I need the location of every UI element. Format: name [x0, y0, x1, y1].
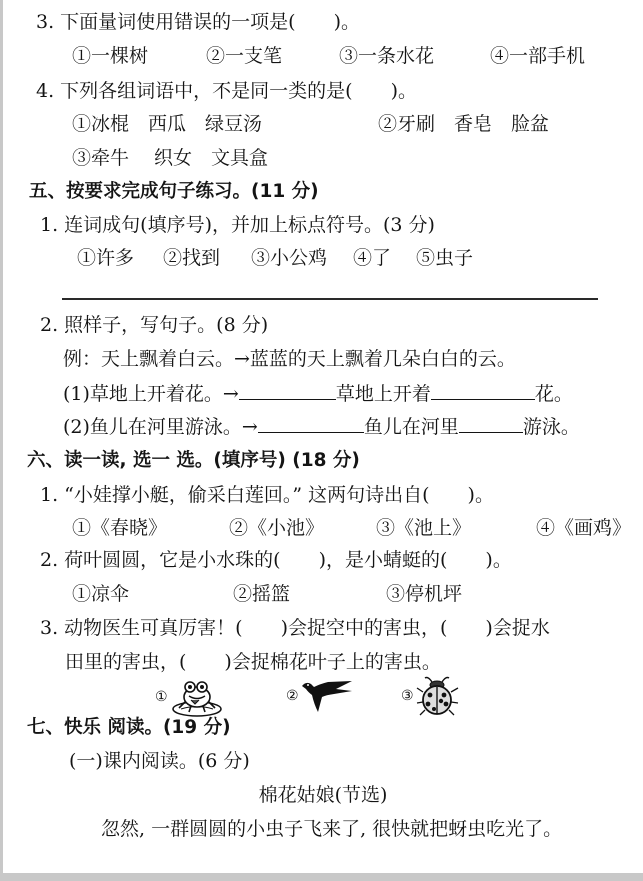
s6-q2-option-3: ③停机坪	[386, 582, 462, 606]
s6-question-3-line-2: 田里的害虫，( )会捉棉花叶子上的害虫。	[65, 650, 441, 674]
s5-item-2-blank-1[interactable]	[258, 414, 364, 433]
worksheet-page: 3. 下面量词使用错误的一项是( )。 ①一棵树 ②一支笔 ③一条水花 ④一部手…	[3, 0, 643, 873]
s6-question-3-line-1: 3. 动物医生可真厉害！( )会捉空中的害虫，( )会捉水	[40, 616, 550, 640]
ladybug-icon	[416, 676, 460, 718]
s5-item-2: (2)鱼儿在河里游泳。→鱼儿在河里游泳。	[63, 414, 580, 439]
s6-question-1-stem: 1. “小娃撑小艇，偷采白莲回。” 这两句诗出自( )。	[40, 483, 494, 507]
s7-part-1-heading: (一)课内阅读。(6 分)	[69, 749, 250, 773]
s5-word-5: ⑤虫子	[416, 246, 473, 270]
s6-q2-option-1: ①凉伞	[72, 582, 129, 606]
s5-item-2-prefix: (2)鱼儿在河里游泳。→	[63, 416, 258, 438]
q4-option-1: ①冰棍 西瓜 绿豆汤	[72, 112, 262, 136]
q3-option-4: ④一部手机	[490, 44, 585, 68]
passage-title: 棉花姑娘(节选)	[3, 783, 643, 807]
section-7-heading: 七、快乐 阅读。(19 分)	[27, 716, 231, 740]
s5-question-2-stem: 2. 照样子，写句子。(8 分)	[40, 313, 268, 337]
s6-q1-option-4: ④《画鸡》	[536, 516, 631, 540]
s5-item-1: (1)草地上开着花。→草地上开着花。	[63, 381, 573, 406]
q3-option-1: ①一棵树	[72, 44, 148, 68]
q3-option-3: ③一条水花	[339, 44, 434, 68]
s5-item-2-mid: 鱼儿在河里	[364, 416, 459, 438]
s5-word-4: ④了	[353, 246, 391, 270]
s6-question-2-stem: 2. 荷叶圆圆，它是小水珠的( )，是小蜻蜓的( )。	[40, 548, 512, 572]
picture-2-number: ②	[286, 688, 299, 704]
s5-word-2: ②找到	[163, 246, 220, 270]
s6-q1-option-1: ①《春晓》	[72, 516, 167, 540]
s5-item-1-prefix: (1)草地上开着花。→	[63, 383, 239, 405]
s5-item-1-blank-2[interactable]	[431, 381, 535, 400]
q3-option-2: ②一支笔	[206, 44, 282, 68]
s5-item-1-suffix: 花。	[535, 383, 573, 405]
passage-text: 忽然, 一群圆圆的小虫子飞来了, 很快就把蚜虫吃光了。	[101, 817, 562, 841]
answer-writing-line[interactable]	[62, 298, 598, 300]
picture-3-number: ③	[401, 688, 414, 704]
q4-option-2: ②牙刷 香皂 脸盆	[378, 112, 549, 136]
section-6-heading: 六、读一读, 选一 选。(填序号) (18 分)	[27, 449, 360, 473]
s5-item-2-suffix: 游泳。	[523, 416, 580, 438]
question-4-stem: 4. 下列各组词语中，不是同一类的是( )。	[36, 79, 417, 103]
section-5-heading: 五、按要求完成句子练习。(11 分)	[29, 180, 319, 204]
swallow-icon	[300, 678, 354, 714]
s5-word-1: ①许多	[77, 246, 134, 270]
question-3-stem: 3. 下面量词使用错误的一项是( )。	[36, 10, 360, 34]
s6-q1-option-3: ③《池上》	[376, 516, 471, 540]
s5-question-1-stem: 1. 连词成句(填序号)，并加上标点符号。(3 分)	[40, 213, 435, 237]
frog-on-lily-pad-icon	[171, 678, 223, 718]
s5-example: 例：天上飘着白云。→蓝蓝的天上飘着几朵白白的云。	[63, 347, 516, 371]
s6-q2-option-2: ②摇篮	[233, 582, 290, 606]
picture-1-number: ①	[155, 689, 168, 705]
s5-item-1-blank-1[interactable]	[239, 381, 336, 400]
q4-option-3: ③牵牛 织女 文具盒	[72, 146, 268, 170]
s6-q1-option-2: ②《小池》	[229, 516, 324, 540]
s5-item-2-blank-2[interactable]	[459, 414, 523, 433]
s5-word-3: ③小公鸡	[251, 246, 327, 270]
s5-item-1-mid: 草地上开着	[336, 383, 431, 405]
